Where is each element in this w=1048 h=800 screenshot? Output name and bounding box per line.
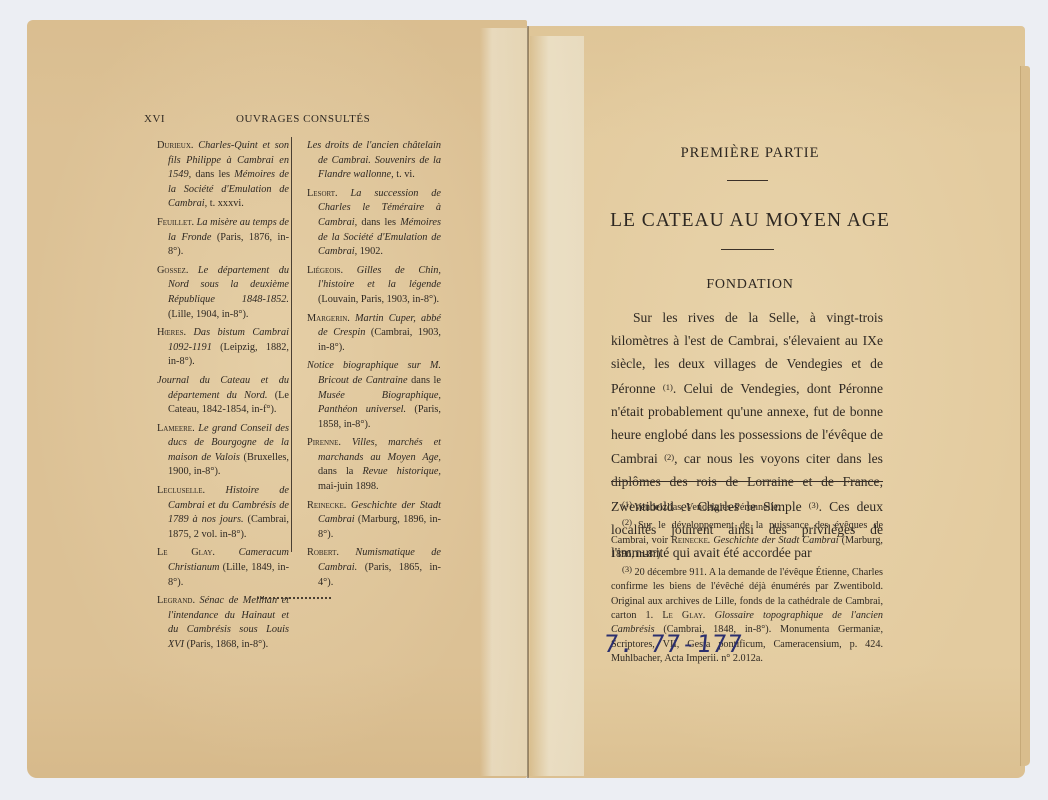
bibliography-entry: Pirenne. Villes, marchés et marchands au… [307, 436, 441, 494]
entry-author: Feuillet. [157, 217, 194, 228]
bibliography-entry: Feuillet. La misère au temps de la Frond… [157, 216, 289, 260]
entry-tail: 1902. [357, 246, 383, 257]
bibliography-entry: Lameere. Le grand Conseil des ducs de Bo… [157, 422, 289, 480]
bibliography-entry: Reinecke. Geschichte der Stadt Cambrai (… [307, 499, 441, 543]
entry-title: Les droits de l'ancien châtelain de Camb… [307, 140, 441, 180]
section-title: FONDATION [600, 277, 900, 293]
entry-tail: t. xxxvi. [207, 198, 244, 209]
bibliography-entry: Lecluselle. Histoire de Cambrai et du Ca… [157, 484, 289, 542]
footnote-number: (1) [622, 499, 632, 509]
entry-details: (Paris, 1868, in-8°). [184, 639, 268, 650]
entry-author: Le Glay. [157, 547, 215, 558]
entry-tail: mai-juin 1898. [318, 481, 379, 492]
entry-author: Pirenne. [307, 437, 341, 448]
entry-author: Lecluselle. [157, 485, 205, 496]
footnote-separator [611, 481, 883, 482]
end-ornament-rule [257, 597, 331, 601]
footnote-number: (3) [622, 564, 632, 574]
title-rule-top [727, 180, 768, 181]
title-rule-bottom [721, 249, 774, 250]
entry-author: Margerin. [307, 313, 350, 324]
entry-publication: Revue historique, [362, 466, 441, 477]
page-number: XVI [144, 113, 165, 125]
entry-details: dans la [318, 466, 362, 477]
entry-author: Liégeois. [307, 265, 343, 276]
bibliography-entry: Robert. Numismatique de Cambrai. (Paris,… [307, 546, 441, 590]
bibliography-entry: Margerin. Martin Cuper, abbé de Crespin … [307, 312, 441, 356]
bibliography-entry: Lesort. La succession de Charles le Témé… [307, 187, 441, 260]
bibliography-entry: Les droits de l'ancien châtelain de Camb… [307, 139, 441, 183]
bibliography-entry: Notice biographique sur M. Bricout de Ca… [307, 359, 441, 432]
entry-author: Hœres. [157, 327, 186, 338]
entry-details: dans le [408, 375, 441, 386]
entry-author: Reinecke. [307, 500, 346, 511]
entry-details: dans les [191, 169, 234, 180]
binding-tape-right [530, 36, 584, 776]
right-page-edge-flap [1020, 66, 1030, 766]
bibliography-column-2: Les droits de l'ancien châtelain de Camb… [307, 139, 441, 594]
entry-author: Lesort. [307, 188, 338, 199]
footnote-author: Reinecke [671, 535, 708, 546]
footnote-author: Le Glay [662, 610, 703, 621]
entry-author: Durieux. [157, 140, 193, 151]
entry-author: Gossez. [157, 265, 188, 276]
bibliography-entry: Gossez. Le département du Nord sous la d… [157, 264, 289, 322]
bibliography-entry: Le Glay. Cameracum Christianum (Lille, 1… [157, 546, 289, 590]
part-label: PREMIÈRE PARTIE [600, 145, 900, 162]
column-divider [291, 137, 292, 552]
bibliography-entry: Legrand. Sénac de Meilhan et l'intendanc… [157, 594, 289, 652]
bibliography-entry: Durieux. Charles-Quint et son fils Phili… [157, 139, 289, 212]
entry-author: Robert. [307, 547, 339, 558]
entry-author: Lameere. [157, 423, 195, 434]
handwritten-shelfmark: 7. 77-177 [603, 630, 745, 658]
entry-author: Legrand. [157, 595, 195, 606]
entry-details: (Louvain, Paris, 1903, in-8°). [318, 294, 439, 305]
footnote-text: Vendelzlias, Vendelgies-Péronnelle. [632, 502, 780, 513]
entry-details: dans les [357, 217, 400, 228]
chapter-title: LE CATEAU AU MOYEN AGE [600, 210, 900, 232]
entry-details: t. vi. [394, 169, 415, 180]
binding-tape-left [480, 28, 528, 776]
bibliography-entry: Hœres. Das bistum Cambrai 1092-1191 (Lei… [157, 326, 289, 370]
footnote-1: (1) Vendelzlias, Vendelgies-Péronnelle. [611, 497, 883, 515]
bibliography-entry: Journal du Cateau et du département du N… [157, 374, 289, 418]
book-gutter [527, 26, 529, 778]
running-title: OUVRAGES CONSULTÉS [236, 113, 370, 125]
footnote-ref-1: (1) [663, 382, 673, 392]
bibliography-entry: Liégeois. Gilles de Chin, l'histoire et … [307, 264, 441, 308]
bibliography-column-1: Durieux. Charles-Quint et son fils Phili… [157, 139, 289, 657]
footnote-2: (2) Sur le développement de la puissance… [611, 515, 883, 562]
footnote-work: . Geschichte der Stadt Cambrai [708, 535, 839, 546]
entry-details: (Lille, 1904, in-8°). [168, 309, 248, 320]
footnote-ref-2: (2) [664, 452, 674, 462]
footnote-number: (2) [622, 517, 632, 527]
